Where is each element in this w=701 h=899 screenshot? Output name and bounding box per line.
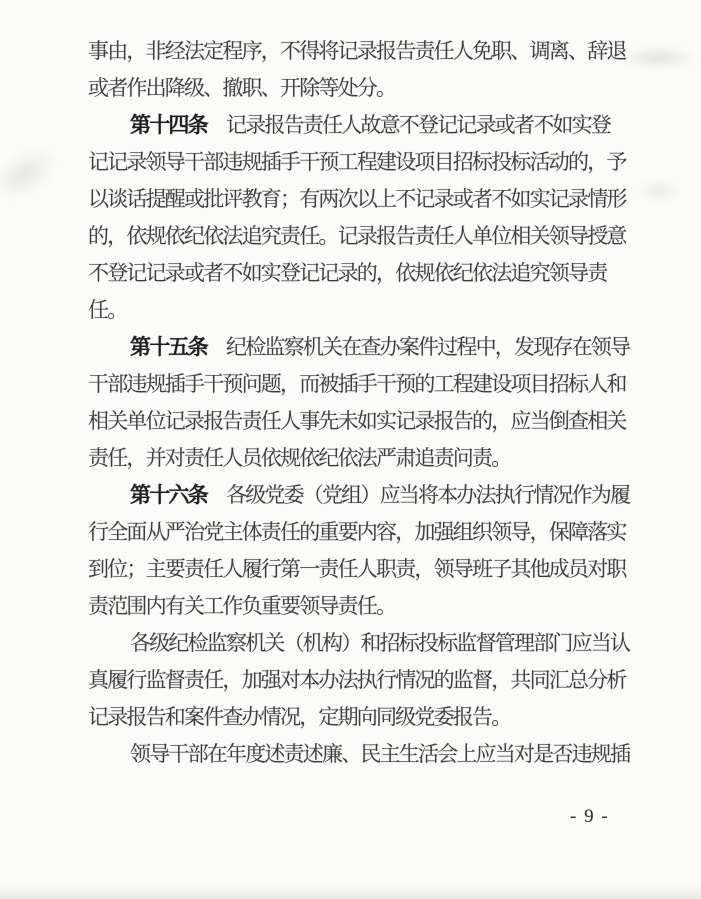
- text-line: 责范围内有关工作负重要领导责任。: [88, 588, 625, 625]
- line-text: 各级纪检监察机关（机构）和招标投标监督管理部门应当认: [130, 631, 629, 655]
- line-text: 纪检监察机关在查办案件过程中，发现存在领导: [207, 335, 629, 359]
- text-line: 各级纪检监察机关（机构）和招标投标监督管理部门应当认: [88, 625, 625, 662]
- line-text: 的，依规依纪依法追究责任。记录报告责任人单位相关领导授意: [88, 224, 626, 248]
- line-text: 事由，非经法定程序，不得将记录报告责任人免职、调离、辞退: [88, 39, 626, 63]
- text-line: 到位；主要责任人履行第一责任人职责，领导班子其他成员对职: [88, 551, 625, 588]
- article-heading: 第十四条: [130, 113, 207, 137]
- text-line: 或者作出降级、撤职、开除等处分。: [88, 70, 625, 107]
- text-line: 记录报告和案件查办情况，定期向同级党委报告。: [88, 699, 625, 736]
- text-line: 责任，并对责任人员依规依纪依法严肃追责问责。: [88, 440, 625, 477]
- line-text: 记录报告和案件查办情况，定期向同级党委报告。: [88, 705, 510, 729]
- line-text: 责范围内有关工作负重要领导责任。: [88, 594, 395, 618]
- line-text: 真履行监督责任，加强对本办法执行情况的监督，共同汇总分析: [88, 668, 626, 692]
- scan-smudge: [0, 136, 68, 213]
- article-heading: 第十五条: [130, 335, 207, 359]
- text-line: 行全面从严治党主体责任的重要内容，加强组织领导，保障落实: [88, 514, 625, 551]
- text-line: 任。: [88, 292, 625, 329]
- line-text: 记记录领导干部违规插手干预工程建设项目招标投标活动的，予: [88, 150, 626, 174]
- text-line: 领导干部在年度述责述廉、民主生活会上应当对是否违规插: [88, 736, 625, 773]
- text-line: 第十六条 各级党委（党组）应当将本办法执行情况作为履: [88, 477, 625, 514]
- text-line: 第十四条 记录报告责任人故意不登记记录或者不如实登: [88, 107, 625, 144]
- line-text: 责任，并对责任人员依规依纪依法严肃追责问责。: [88, 446, 510, 470]
- line-text: 各级党委（党组）应当将本办法执行情况作为履: [207, 483, 629, 507]
- page-number: - 9 -: [570, 806, 609, 828]
- text-line: 以谈话提醒或批评教育；有两次以上不记录或者不如实记录情形: [88, 181, 625, 218]
- line-text: 以谈话提醒或批评教育；有两次以上不记录或者不如实记录情形: [88, 187, 626, 211]
- text-line: 干部违规插手干预问题，而被插手干预的工程建设项目招标人和: [88, 366, 625, 403]
- line-text: 不登记记录或者不如实登记记录的，依规依纪依法追究领导责: [88, 261, 606, 285]
- scan-smudge: [618, 46, 698, 70]
- text-line: 相关单位记录报告责任人事先未如实记录报告的，应当倒查相关: [88, 403, 625, 440]
- line-text: 干部违规插手干预问题，而被插手干预的工程建设项目招标人和: [88, 372, 626, 396]
- line-text: 任。: [88, 298, 126, 322]
- text-line: 第十五条 纪检监察机关在查办案件过程中，发现存在领导: [88, 329, 625, 366]
- line-text: 到位；主要责任人履行第一责任人职责，领导班子其他成员对职: [88, 557, 626, 581]
- line-text: 行全面从严治党主体责任的重要内容，加强组织领导，保障落实: [88, 520, 626, 544]
- line-text: 领导干部在年度述责述廉、民主生活会上应当对是否违规插: [130, 742, 629, 766]
- text-line: 真履行监督责任，加强对本办法执行情况的监督，共同汇总分析: [88, 662, 625, 699]
- scanned-document-page: 事由，非经法定程序，不得将记录报告责任人免职、调离、辞退 或者作出降级、撤职、开…: [0, 0, 701, 899]
- article-heading: 第十六条: [130, 483, 207, 507]
- text-line: 事由，非经法定程序，不得将记录报告责任人免职、调离、辞退: [88, 33, 625, 70]
- line-text: 记录报告责任人故意不登记记录或者不如实登: [207, 113, 610, 137]
- line-text: 或者作出降级、撤职、开除等处分。: [88, 76, 395, 100]
- text-line: 不登记记录或者不如实登记记录的，依规依纪依法追究领导责: [88, 255, 625, 292]
- text-line: 记记录领导干部违规插手干预工程建设项目招标投标活动的，予: [88, 144, 625, 181]
- document-body: 事由，非经法定程序，不得将记录报告责任人免职、调离、辞退 或者作出降级、撤职、开…: [88, 33, 625, 773]
- text-line: 的，依规依纪依法追究责任。记录报告责任人单位相关领导授意: [88, 218, 625, 255]
- scan-smudge: [636, 178, 682, 204]
- scan-edge-shadow: [0, 884, 701, 899]
- line-text: 相关单位记录报告责任人事先未如实记录报告的，应当倒查相关: [88, 409, 626, 433]
